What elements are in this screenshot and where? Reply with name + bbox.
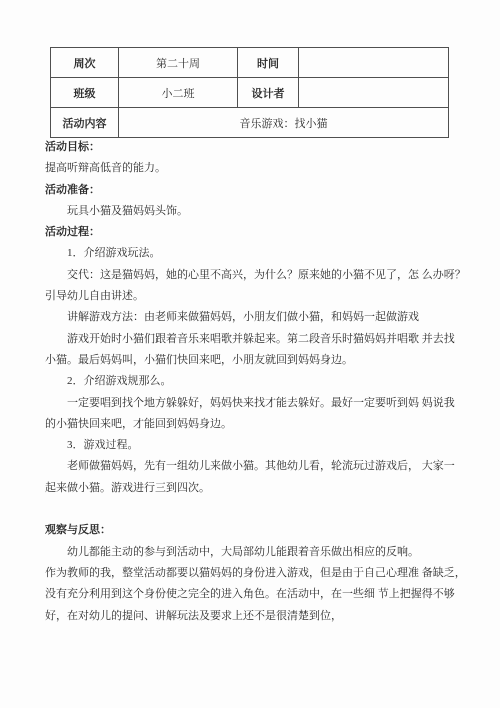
list-item-1: 1．介绍游戏玩法。 [45, 243, 458, 264]
text-line: 起来做小猫。游戏进行三到四次。 [45, 478, 458, 499]
section-heading-activity-process: 活动过程： [45, 222, 458, 243]
text-line: 幼儿都能主动的参与到活动中，大局部幼儿能跟着音乐做出相应的反响。 [45, 542, 458, 563]
week-label-cell: 周次 [51, 48, 119, 78]
section-heading-activity-prep: 活动准备： [45, 180, 458, 201]
text-line: 一定要唱到找个地方躲躲好，妈妈快来找才能去躲好。最好一定要听到妈 妈说我 [45, 393, 458, 414]
text-line: 老师做猫妈妈，先有一组幼儿来做小猫。其他幼儿看，轮流玩过游戏后， 大家一 [45, 456, 458, 477]
activity-value-cell: 音乐游戏：找小猫 [119, 108, 449, 138]
time-value-cell [299, 48, 449, 78]
section-heading-activity-goals: 活动目标： [45, 137, 458, 158]
table-row: 班级 小二班 设计者 [51, 78, 449, 108]
text-line: 提高听辩高低音的能力。 [45, 158, 458, 179]
table-row: 活动内容 音乐游戏：找小猫 [51, 108, 449, 138]
text-line: 玩具小猫及猫妈妈头饰。 [45, 201, 458, 222]
document-body: 活动目标： 提高听辩高低音的能力。 活动准备： 玩具小猫及猫妈妈头饰。 活动过程… [45, 137, 458, 627]
table-row: 周次 第二十周 时间 [51, 48, 449, 78]
list-item-3: 3．游戏过程。 [45, 435, 458, 456]
text-line: 引导幼儿自由讲述。 [45, 286, 458, 307]
document-page: 周次 第二十周 时间 班级 小二班 设计者 活动内容 音乐游戏：找小猫 活动目标… [0, 0, 500, 708]
class-label-cell: 班级 [51, 78, 119, 108]
text-line: 游戏开始时小猫们跟着音乐来唱歌并躲起来。第二段音乐时猫妈妈并唱歌 并去找 [45, 329, 458, 350]
text-line: 的小猫快回来吧，才能回到妈妈身边。 [45, 414, 458, 435]
text-line: 没有充分利用到这个身份使之完全的进入角色。在活动中，在一些细 节上把握得不够 [45, 584, 458, 605]
blank-line [45, 499, 458, 520]
time-label-cell: 时间 [238, 48, 299, 78]
list-item-2: 2．介绍游戏规那么。 [45, 371, 458, 392]
lesson-info-table: 周次 第二十周 时间 班级 小二班 设计者 活动内容 音乐游戏：找小猫 [50, 47, 449, 138]
text-line: 小猫。最后妈妈叫，小猫们快回来吧，小朋友就回到妈妈身边。 [45, 350, 458, 371]
designer-label-cell: 设计者 [238, 78, 299, 108]
text-line: 讲解游戏方法：由老师来做猫妈妈，小朋友们做小猫，和妈妈一起做游戏 [45, 307, 458, 328]
section-heading-observation: 观察与反思： [45, 520, 458, 541]
designer-value-cell [299, 78, 449, 108]
text-line: 作为教师的我，整堂活动都要以猫妈妈的身份进入游戏，但是由于自己心理准 备缺乏， [45, 563, 458, 584]
activity-label-cell: 活动内容 [51, 108, 119, 138]
week-value-cell: 第二十周 [119, 48, 238, 78]
text-line: 好，在对幼儿的提问、讲解玩法及要求上还不是很清楚到位， [45, 606, 458, 627]
class-value-cell: 小二班 [119, 78, 238, 108]
text-line: 交代：这是猫妈妈，她的心里不高兴，为什么？原来她的小猫不见了，怎 么办呀？ [45, 265, 458, 286]
